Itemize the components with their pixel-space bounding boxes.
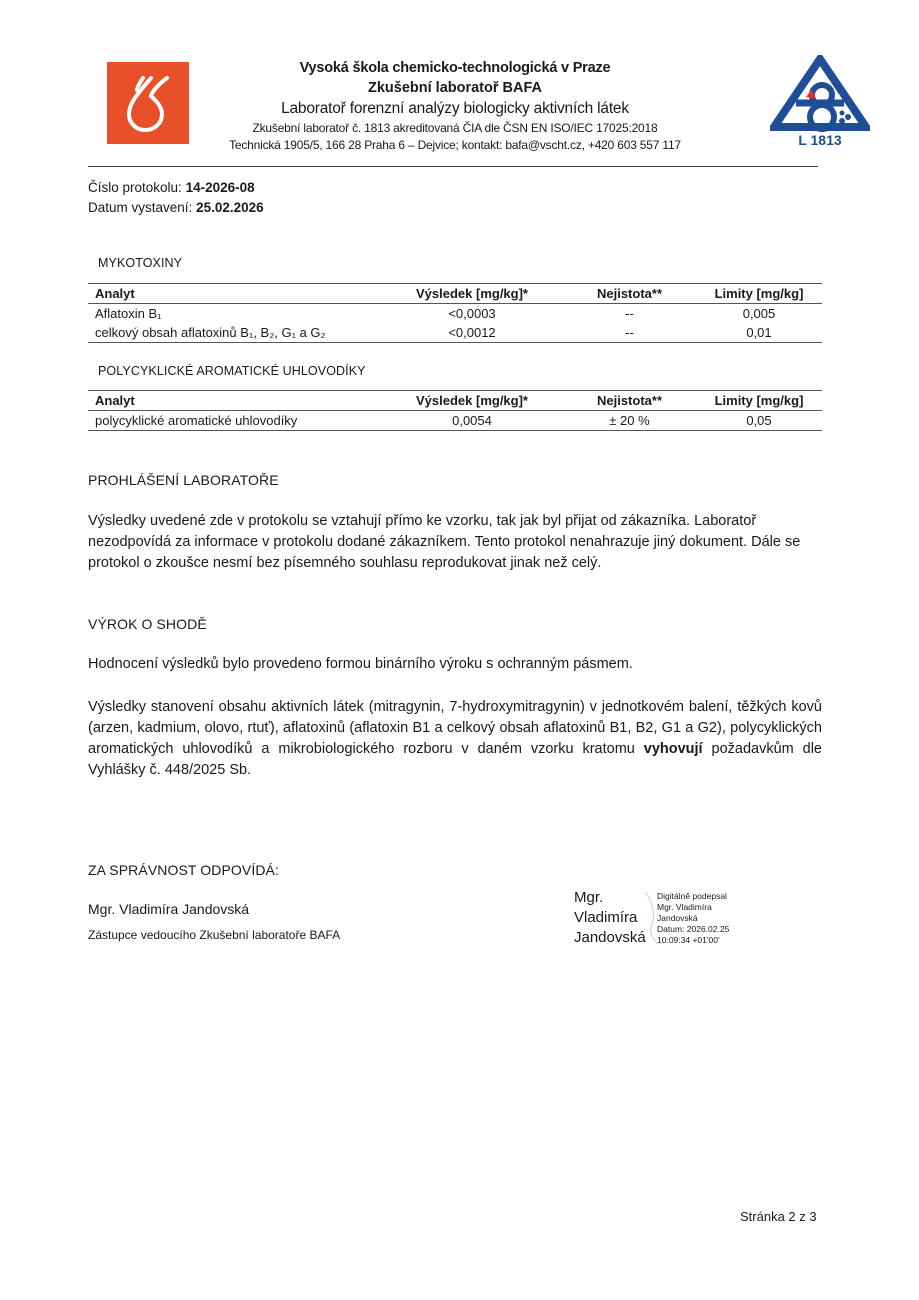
- conformity-method-text: Hodnocení výsledků bylo provedeno formou…: [88, 654, 822, 675]
- cia-accreditation-logo: L 1813: [770, 55, 870, 150]
- analyte-cell: celkový obsah aflatoxinů B₁, B₂, G₁ a G₂: [88, 323, 378, 343]
- digital-signature-info: Digitálně podepsal Mgr. Vladimíra Jandov…: [657, 891, 729, 946]
- column-header: Limity [mg/kg]: [693, 391, 822, 411]
- table-header-row: Analyt Výsledek [mg/kg]* Nejistota** Lim…: [88, 391, 822, 411]
- issue-date: Datum vystavení: 25.02.2026: [88, 198, 264, 218]
- accreditation-text: Zkušební laboratoř č. 1813 akreditovaná …: [200, 120, 710, 137]
- signatory-name: Mgr. Vladimíra Jandovská: [88, 901, 249, 917]
- analyte-cell: polycyklické aromatické uhlovodíky: [88, 411, 378, 431]
- result-cell: <0,0003: [378, 304, 563, 324]
- uncertainty-cell: --: [563, 323, 693, 343]
- responsibility-heading: ZA SPRÁVNOST ODPOVÍDÁ:: [88, 862, 279, 878]
- department-name: Laboratoř forenzní analýzy biologicky ak…: [200, 98, 710, 120]
- limit-cell: 0,005: [693, 304, 822, 324]
- protocol-number-label: Číslo protokolu:: [88, 180, 182, 195]
- sig-name-line: Vladimíra: [574, 908, 646, 928]
- column-header: Limity [mg/kg]: [693, 284, 822, 304]
- analyte-cell: Aflatoxin B₁: [88, 304, 378, 324]
- sig-name-line: Mgr.: [574, 888, 646, 908]
- protocol-number: Číslo protokolu: 14-2026-08: [88, 178, 264, 198]
- conformity-statement: Výsledky stanovení obsahu aktivních láte…: [88, 697, 822, 781]
- uncertainty-cell: ± 20 %: [563, 411, 693, 431]
- svg-text:L 1813: L 1813: [798, 132, 842, 148]
- sig-info-line: Mgr. Vladimíra: [657, 902, 729, 913]
- column-header: Výsledek [mg/kg]*: [378, 284, 563, 304]
- mycotoxins-table: Analyt Výsledek [mg/kg]* Nejistota** Lim…: [88, 283, 822, 343]
- issue-date-label: Datum vystavení:: [88, 200, 192, 215]
- table-row: celkový obsah aflatoxinů B₁, B₂, G₁ a G₂…: [88, 323, 822, 343]
- column-header: Nejistota**: [563, 284, 693, 304]
- sig-info-line: 10:09:34 +01'00': [657, 935, 729, 946]
- lab-name: Zkušební laboratoř BAFA: [200, 78, 710, 98]
- column-header: Výsledek [mg/kg]*: [378, 391, 563, 411]
- compliance-verdict: vyhovují: [644, 741, 703, 757]
- table-row: Aflatoxin B₁ <0,0003 -- 0,005: [88, 304, 822, 324]
- vscht-logo: [107, 62, 189, 144]
- header-text: Vysoká škola chemicko-technologická v Pr…: [200, 58, 710, 154]
- protocol-page: Vysoká škola chemicko-technologická v Pr…: [0, 0, 919, 1300]
- issue-date-value: 25.02.2026: [196, 200, 264, 215]
- signatory-role: Zástupce vedoucího Zkušební laboratoře B…: [88, 928, 340, 942]
- protocol-number-value: 14-2026-08: [186, 180, 255, 195]
- page-number: Stránka 2 z 3: [740, 1209, 817, 1224]
- table-row: polycyklické aromatické uhlovodíky 0,005…: [88, 411, 822, 431]
- result-cell: <0,0012: [378, 323, 563, 343]
- column-header: Analyt: [88, 391, 378, 411]
- sig-info-line: Datum: 2026.02.25: [657, 924, 729, 935]
- uncertainty-cell: --: [563, 304, 693, 324]
- contact-text: Technická 1905/5, 166 28 Praha 6 – Dejvi…: [200, 137, 710, 154]
- sig-info-line: Digitálně podepsal: [657, 891, 729, 902]
- pah-title: POLYCYKLICKÉ AROMATICKÉ UHLOVODÍKY: [98, 364, 366, 378]
- protocol-info: Číslo protokolu: 14-2026-08 Datum vystav…: [88, 178, 264, 218]
- result-cell: 0,0054: [378, 411, 563, 431]
- mycotoxins-title: MYKOTOXINY: [98, 256, 182, 270]
- declaration-text: Výsledky uvedené zde v protokolu se vzta…: [88, 511, 822, 574]
- conformity-heading: VÝROK O SHODĚ: [88, 616, 207, 632]
- drop-flask-icon: [107, 62, 189, 144]
- table-header-row: Analyt Výsledek [mg/kg]* Nejistota** Lim…: [88, 284, 822, 304]
- sig-name-line: Jandovská: [574, 928, 646, 948]
- header-divider: [88, 166, 818, 167]
- triangle-logo-icon: L 1813: [770, 55, 870, 150]
- digital-signature: Mgr. Vladimíra Jandovská Digitálně podep…: [574, 888, 784, 950]
- digital-signature-name: Mgr. Vladimíra Jandovská: [574, 888, 646, 948]
- declaration-heading: PROHLÁŠENÍ LABORATOŘE: [88, 472, 279, 488]
- university-name: Vysoká škola chemicko-technologická v Pr…: [200, 58, 710, 78]
- column-header: Nejistota**: [563, 391, 693, 411]
- column-header: Analyt: [88, 284, 378, 304]
- sig-info-line: Jandovská: [657, 913, 729, 924]
- limit-cell: 0,05: [693, 411, 822, 431]
- limit-cell: 0,01: [693, 323, 822, 343]
- pah-table: Analyt Výsledek [mg/kg]* Nejistota** Lim…: [88, 390, 822, 431]
